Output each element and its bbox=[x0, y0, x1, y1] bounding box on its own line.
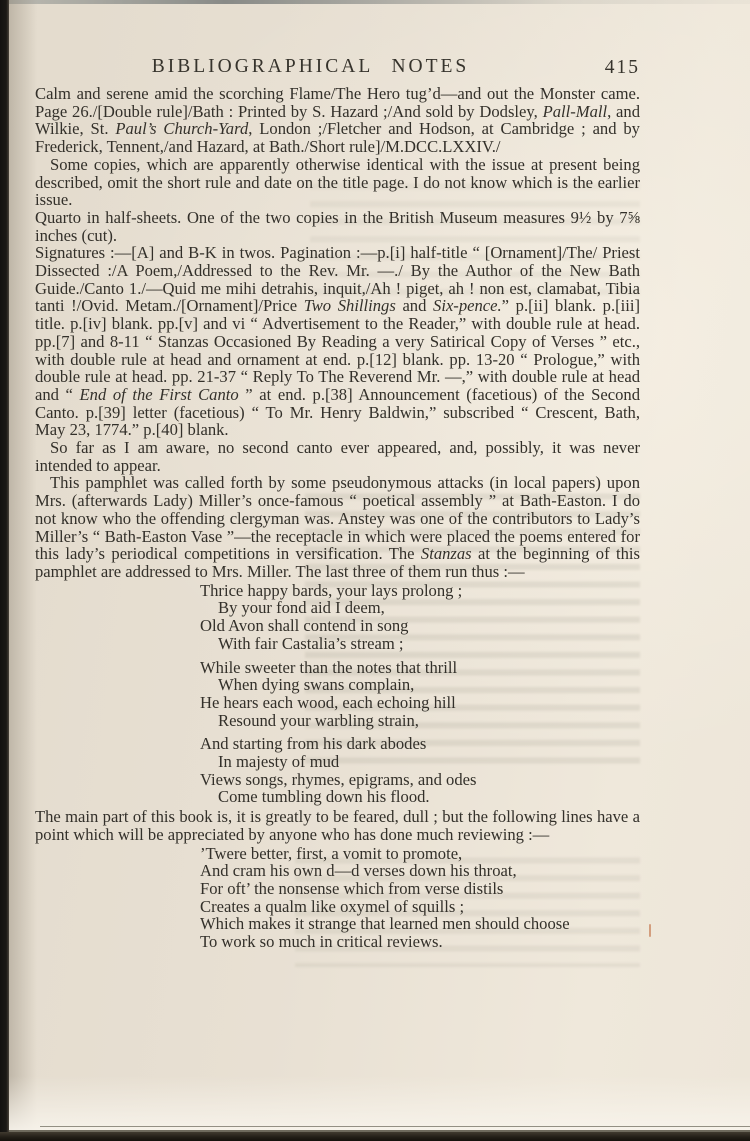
verse-line: Creates a qualm like oxymel of squills ; bbox=[200, 898, 640, 916]
text-run: So far as I am aware, no second canto ev… bbox=[35, 438, 640, 475]
italic-text-run: Stanzas bbox=[421, 544, 472, 563]
text-run: The main part of this book is, it is gre… bbox=[35, 807, 640, 844]
paragraph: Signatures :—[A] and B-K in twos. Pagina… bbox=[35, 244, 640, 439]
verse-line: ’Twere better, first, a vomit to promote… bbox=[200, 845, 640, 863]
page-bottom-highlight bbox=[9, 1076, 750, 1131]
page-body: Calm and serene amid the scorching Flame… bbox=[35, 85, 640, 953]
scan-bottom-edge bbox=[0, 1132, 750, 1141]
paragraph: Some copies, which are apparently otherw… bbox=[35, 156, 640, 209]
verse-line: When dying swans complain, bbox=[200, 676, 640, 694]
scan-top-edge bbox=[0, 0, 750, 4]
text-run: Quarto in half-sheets. One of the two co… bbox=[35, 208, 640, 245]
paragraph: Calm and serene amid the scorching Flame… bbox=[35, 85, 640, 156]
italic-text-run: Paul’s Church-Yard bbox=[115, 119, 248, 138]
paper-speck bbox=[649, 924, 651, 937]
stanza: Thrice happy bards, your lays prolong ;B… bbox=[200, 582, 640, 653]
text-run: Some copies, which are apparently otherw… bbox=[35, 155, 640, 209]
page-number: 415 bbox=[605, 57, 640, 79]
paragraph: Quarto in half-sheets. One of the two co… bbox=[35, 209, 640, 244]
stanza: ’Twere better, first, a vomit to promote… bbox=[200, 845, 640, 951]
verse-line: And cram his own d—d verses down his thr… bbox=[200, 862, 640, 880]
gutter-shadow bbox=[9, 0, 37, 1141]
verse-line: Old Avon shall contend in song bbox=[200, 617, 640, 635]
verse-line: While sweeter than the notes that thrill bbox=[200, 659, 640, 677]
italic-text-run: Pall-Mall bbox=[543, 102, 608, 121]
stanza: And starting from his dark abodesIn maje… bbox=[200, 735, 640, 806]
stanza: While sweeter than the notes that thrill… bbox=[200, 659, 640, 730]
verse-line: To work so much in critical reviews. bbox=[200, 933, 640, 951]
page-title: BIBLIOGRAPHICAL NOTES bbox=[8, 56, 613, 78]
verse-block: Thrice happy bards, your lays prolong ;B… bbox=[35, 582, 640, 806]
verse-line: By your fond aid I deem, bbox=[200, 599, 640, 617]
verse-line: Come tumbling down his flood. bbox=[200, 788, 640, 806]
running-head: BIBLIOGRAPHICAL NOTES 415 bbox=[35, 56, 640, 80]
italic-text-run: Two Shillings bbox=[304, 296, 396, 315]
verse-line: Views songs, rhymes, epigrams, and odes bbox=[200, 771, 640, 789]
paragraph: The main part of this book is, it is gre… bbox=[35, 808, 640, 843]
verse-block: ’Twere better, first, a vomit to promote… bbox=[35, 845, 640, 951]
verse-line: With fair Castalia’s stream ; bbox=[200, 635, 640, 653]
verse-line: In majesty of mud bbox=[200, 753, 640, 771]
verse-line: Thrice happy bards, your lays prolong ; bbox=[200, 582, 640, 600]
paragraph: This pamphlet was called forth by some p… bbox=[35, 474, 640, 580]
italic-text-run: Six-pence. bbox=[433, 296, 502, 315]
book-gutter-bar bbox=[0, 0, 9, 1141]
verse-line: He hears each wood, each echoing hill bbox=[200, 694, 640, 712]
verse-line: And starting from his dark abodes bbox=[200, 735, 640, 753]
text-run: and bbox=[396, 296, 433, 315]
paragraph: So far as I am aware, no second canto ev… bbox=[35, 439, 640, 474]
scanned-book-page: BIBLIOGRAPHICAL NOTES 415 Calm and seren… bbox=[0, 0, 750, 1141]
verse-line: Resound your warbling strain, bbox=[200, 712, 640, 730]
verse-line: Which makes it strange that learned men … bbox=[200, 915, 640, 933]
page-edge-line bbox=[40, 1126, 750, 1127]
verse-line: For oft’ the nonsense which from verse d… bbox=[200, 880, 640, 898]
italic-text-run: End of the First Canto bbox=[80, 385, 239, 404]
